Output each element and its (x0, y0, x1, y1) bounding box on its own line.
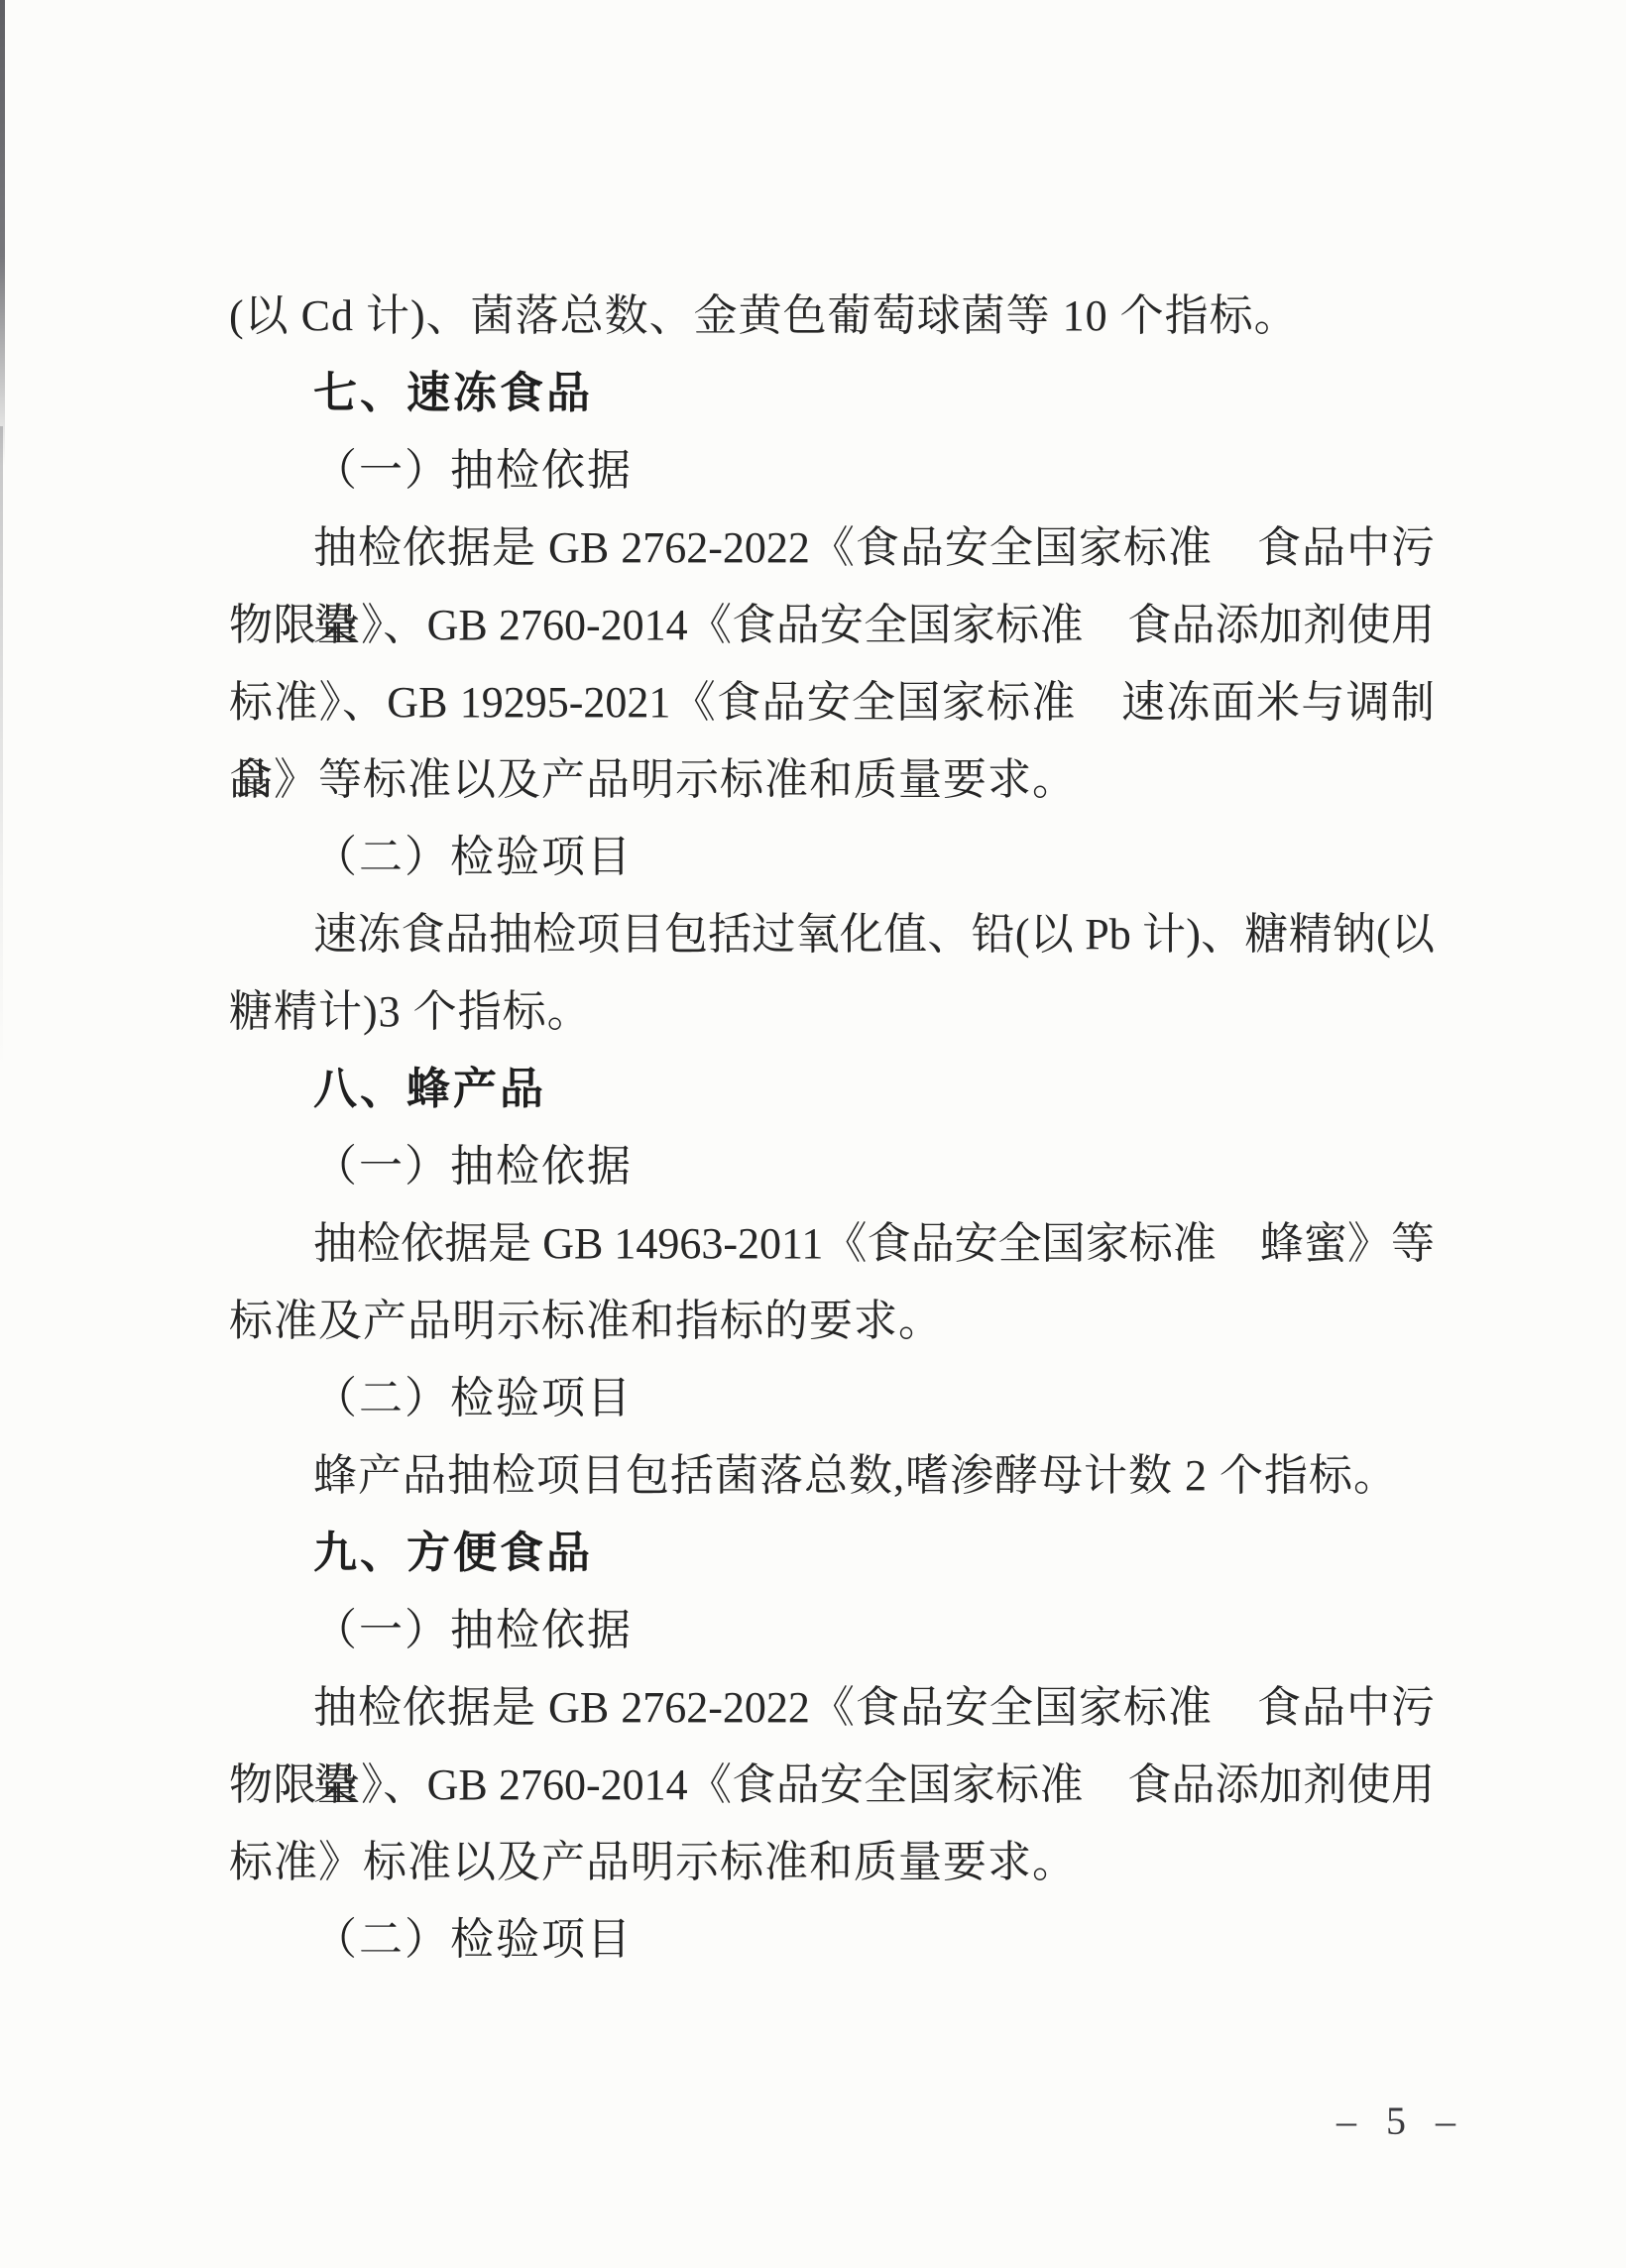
subheading-9-2: （二）检验项目 (229, 1901, 1435, 1979)
para-7-items-line-1: 速冻食品抽检项目包括过氧化值、铅(以 Pb 计)、糖精钠(以 (229, 896, 1435, 973)
subheading-8-2: （二）检验项目 (229, 1360, 1435, 1437)
subheading-9-1: （一）抽检依据 (229, 1592, 1435, 1669)
document-body: (以 Cd 计)、菌落总数、金黄色葡萄球菌等 10 个指标。 七、速冻食品 （一… (229, 278, 1435, 1979)
para-9-basis-line-3: 标准》标准以及产品明示标准和质量要求。 (229, 1824, 1435, 1901)
para-8-basis-line-1: 抽检依据是 GB 14963-2011《食品安全国家标准 蜂蜜》等 (229, 1205, 1435, 1283)
para-7-basis-line-4: 品》等标准以及产品明示标准和质量要求。 (229, 741, 1435, 819)
para-7-basis-line-2: 物限量》、GB 2760-2014《食品安全国家标准 食品添加剂使用 (229, 587, 1435, 664)
subheading-7-2: （二）检验项目 (229, 819, 1435, 896)
scan-edge-artifact-faint (0, 426, 3, 1071)
section-heading-8: 八、蜂产品 (229, 1051, 1435, 1128)
para-9-basis-line-1: 抽检依据是 GB 2762-2022《食品安全国家标准 食品中污染 (229, 1669, 1435, 1747)
para-8-items-line-1: 蜂产品抽检项目包括菌落总数,嗜渗酵母计数 2 个指标。 (229, 1437, 1435, 1515)
subheading-7-1: （一）抽检依据 (229, 432, 1435, 510)
para-9-basis-line-2: 物限量》、GB 2760-2014《食品安全国家标准 食品添加剂使用 (229, 1747, 1435, 1824)
body-line-cd-indicators: (以 Cd 计)、菌落总数、金黄色葡萄球菌等 10 个指标。 (229, 278, 1435, 355)
section-heading-7: 七、速冻食品 (229, 355, 1435, 432)
subheading-8-1: （一）抽检依据 (229, 1128, 1435, 1205)
section-heading-9: 九、方便食品 (229, 1515, 1435, 1592)
para-8-basis-line-2: 标准及产品明示标准和指标的要求。 (229, 1283, 1435, 1360)
para-7-basis-line-3: 标准》、GB 19295-2021《食品安全国家标准 速冻面米与调制食 (229, 664, 1435, 741)
scanned-page: (以 Cd 计)、菌落总数、金黄色葡萄球菌等 10 个指标。 七、速冻食品 （一… (0, 0, 1626, 2268)
page-number: – 5 – (1336, 2094, 1465, 2149)
para-7-basis-line-1: 抽检依据是 GB 2762-2022《食品安全国家标准 食品中污染 (229, 510, 1435, 587)
scan-edge-artifact (0, 0, 5, 466)
para-7-items-line-2: 糖精计)3 个指标。 (229, 973, 1435, 1051)
